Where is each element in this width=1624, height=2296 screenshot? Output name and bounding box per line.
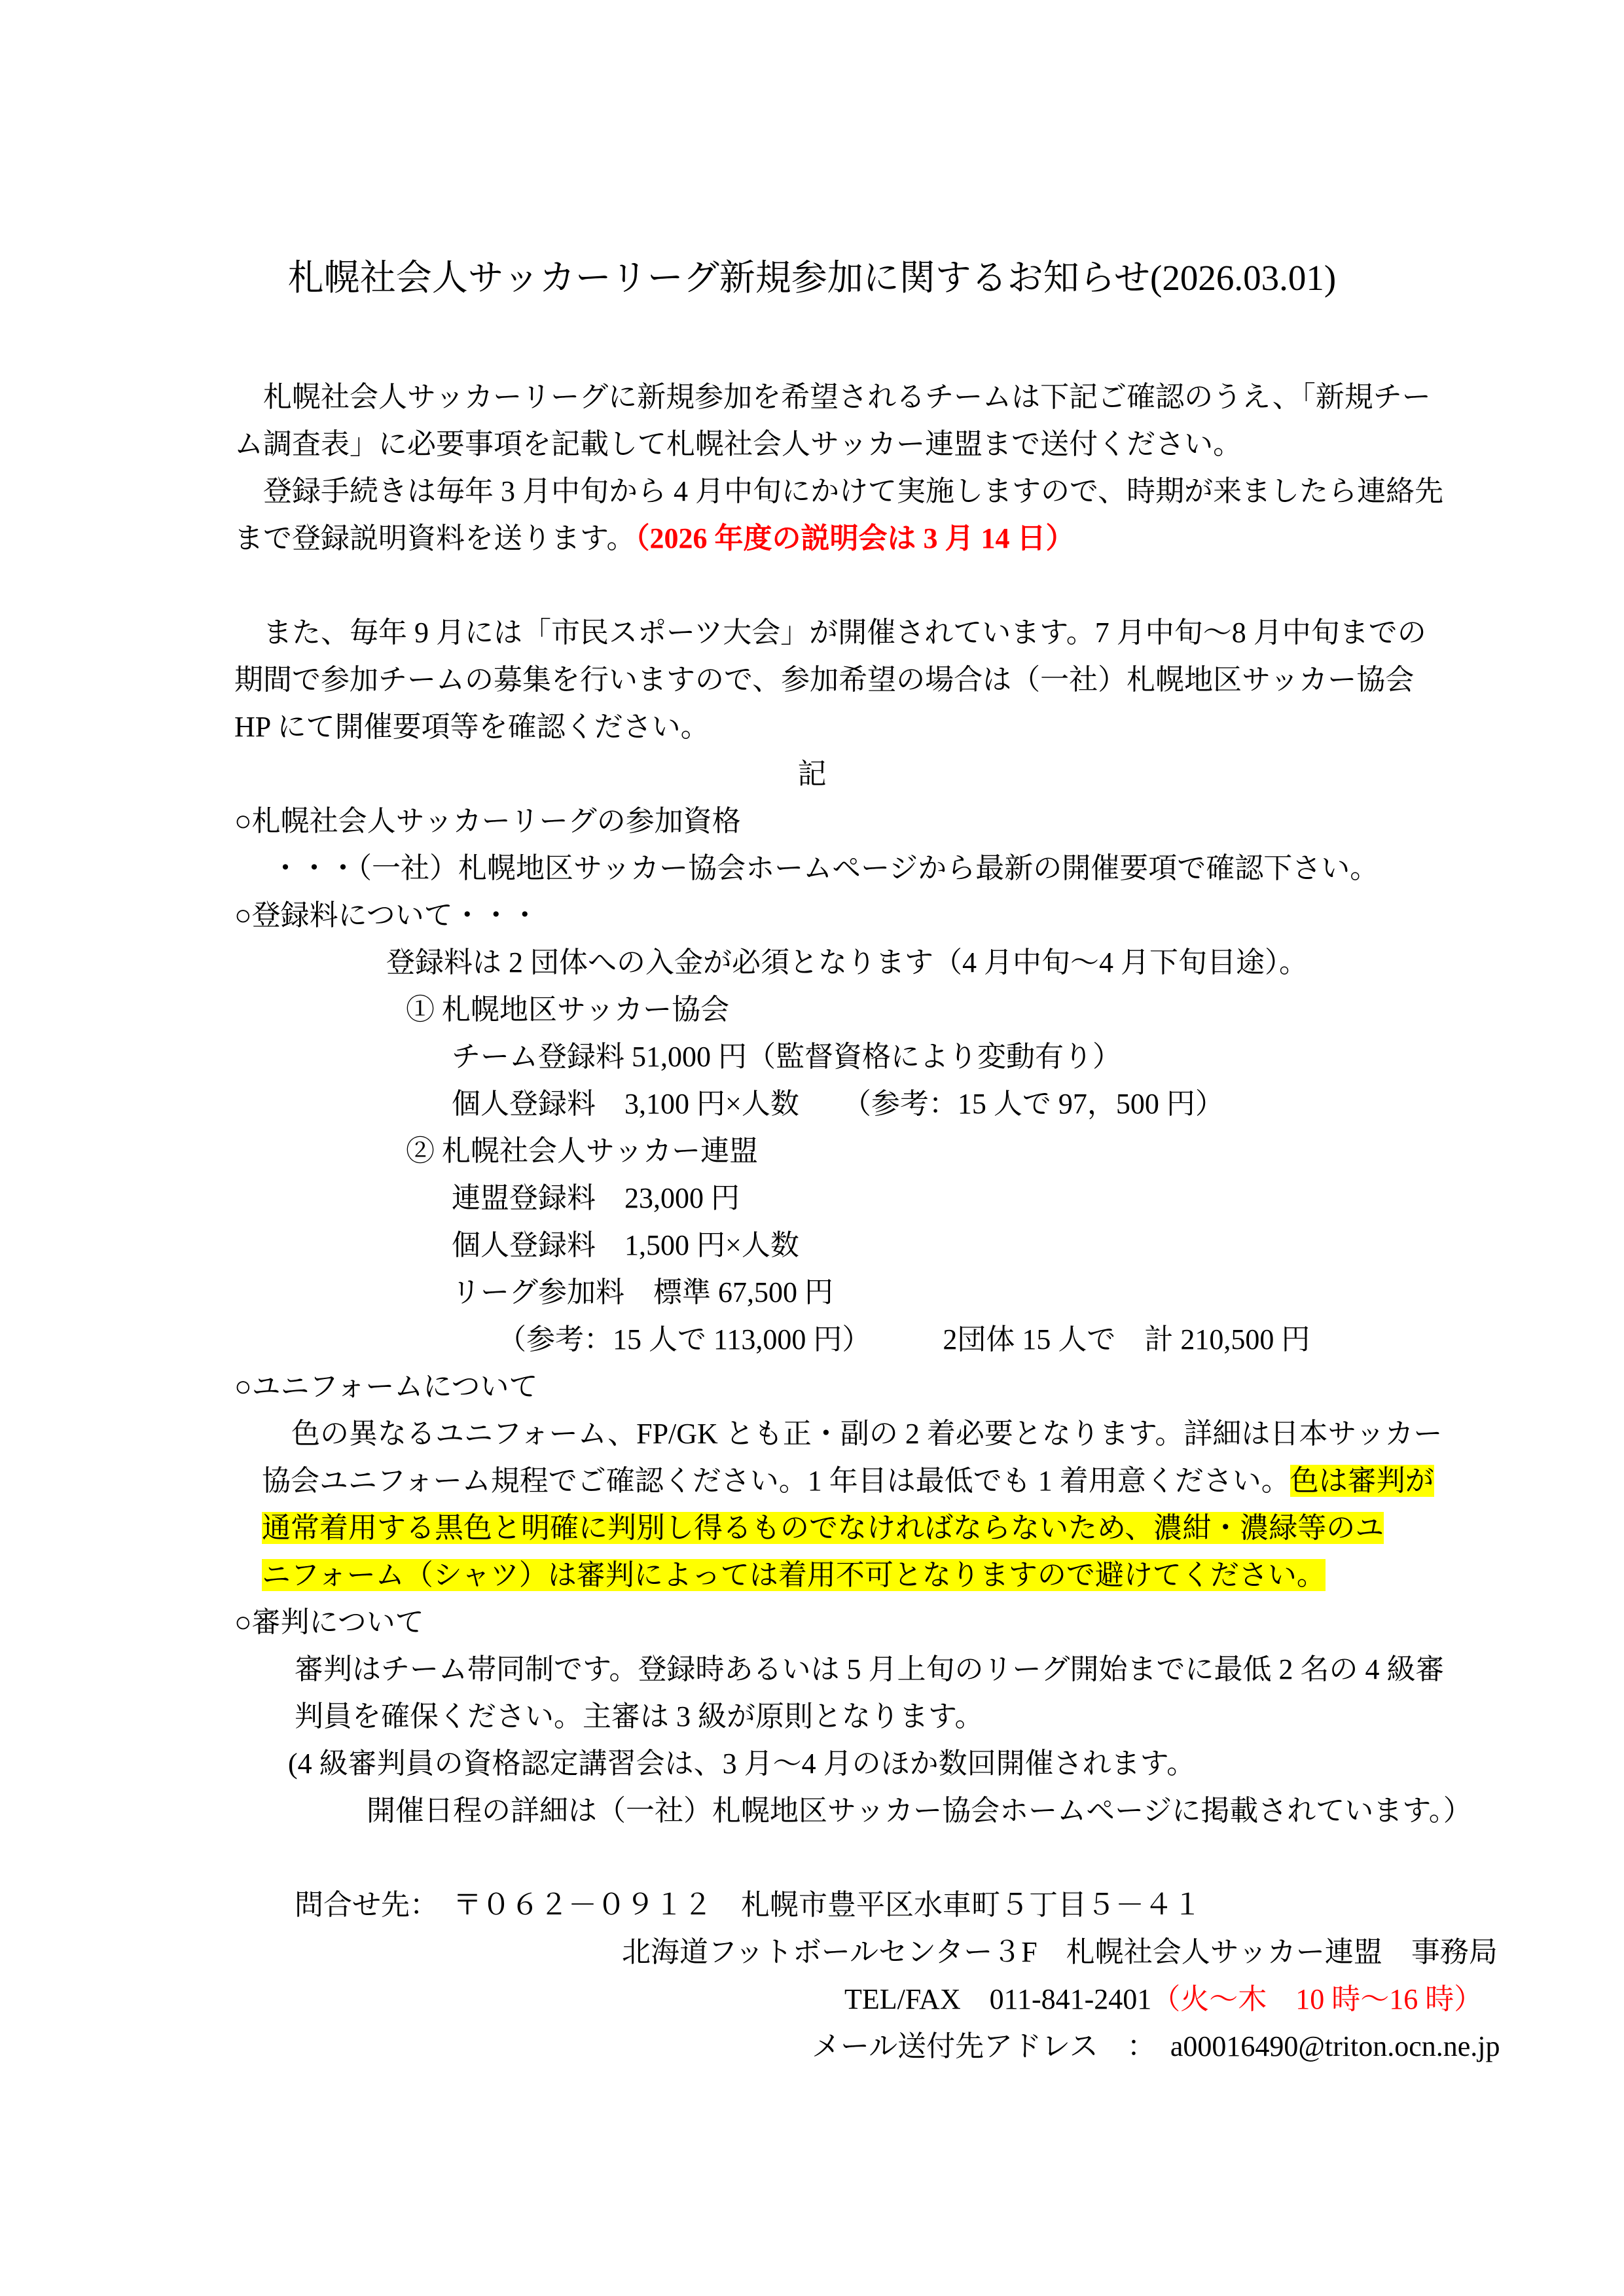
doc-line: (4 級審判員の資格認定講習会は、3 月～4 月のほか数回開催されます。: [0, 1740, 1624, 1787]
text-segment: ○ユニフォームについて: [234, 1371, 538, 1403]
doc-line: 札幌社会人サッカーリーグに新規参加を希望されるチームは下記ご確認のうえ、「新規チ…: [0, 374, 1624, 421]
email-address: a00016490@triton.ocn.ne.jp: [1170, 2030, 1500, 2062]
red-notice: （火～木 10 時～16 時）: [1151, 1983, 1483, 2015]
doc-line: 開催日程の詳細は（一社）札幌地区サッカー協会ホームページに掲載されています。）: [0, 1787, 1624, 1835]
doc-line: ム調査表」に必要事項を記載して札幌社会人サッカー連盟まで送付ください。: [0, 421, 1624, 468]
document-page: 札幌社会人サッカーリーグ新規参加に関するお知らせ(2026.03.01) 札幌社…: [0, 0, 1624, 2296]
doc-line: 期間で参加チームの募集を行いますので、参加希望の場合は（一社）札幌地区サッカー協…: [0, 656, 1624, 704]
text-segment: （参考：15 人で 113,000 円） 2団体 15 人で 計 210,500…: [497, 1323, 1310, 1355]
text-segment: 協会ユニフォーム規程でご確認ください。1 年目は最低でも 1 着用意ください。: [262, 1465, 1290, 1497]
text-segment: ○札幌社会人サッカーリーグの参加資格: [234, 805, 741, 837]
text-segment: 個人登録料 1,500 円×人数: [452, 1229, 799, 1261]
doc-line: 個人登録料 1,500 円×人数: [0, 1222, 1624, 1269]
text-segment: TEL/FAX 011-841-2401: [844, 1983, 1151, 2015]
doc-line: 審判はチーム帯同制です。登録時あるいは 5 月上旬のリーグ開始までに最低 2 名…: [0, 1646, 1624, 1693]
text-segment: 登録手続きは毎年 3 月中旬から 4 月中旬にかけて実施しますので、時期が来まし…: [263, 475, 1443, 507]
text-segment: 問合せ先： 〒０６２－０９１２ 札幌市豊平区水車町５丁目５－４１: [295, 1889, 1202, 1921]
text-segment: 札幌社会人サッカーリーグに新規参加を希望されるチームは下記ご確認のうえ、「新規チ…: [263, 381, 1431, 413]
text-segment: ○審判について: [234, 1606, 424, 1638]
text-segment: ム調査表」に必要事項を記載して札幌社会人サッカー連盟まで送付ください。: [234, 428, 1242, 460]
doc-line: ○札幌社会人サッカーリーグの参加資格: [0, 798, 1624, 845]
text-segment: まで登録説明資料を送ります。: [234, 522, 635, 554]
doc-line: ① 札幌地区サッカー協会: [0, 986, 1624, 1033]
doc-line: リーグ参加料 標準 67,500 円: [0, 1269, 1624, 1316]
text-segment: 連盟登録料 23,000 円: [452, 1182, 740, 1214]
doc-line: [0, 1835, 1624, 1882]
text-segment: 個人登録料 3,100 円×人数 （参考：15 人で 97，500 円）: [452, 1088, 1224, 1120]
doc-line: （参考：15 人で 113,000 円） 2団体 15 人で 計 210,500…: [0, 1316, 1624, 1363]
doc-line: また、毎年 9 月には「市民スポーツ大会」が開催されています。7 月中旬～8 月…: [0, 609, 1624, 656]
doc-line: 個人登録料 3,100 円×人数 （参考：15 人で 97，500 円）: [0, 1081, 1624, 1128]
text-segment: 審判はチーム帯同制です。登録時あるいは 5 月上旬のリーグ開始までに最低 2 名…: [295, 1653, 1444, 1685]
doc-line: 通常着用する黒色と明確に判別し得るものでなければならないため、濃紺・濃緑等のユ: [0, 1505, 1624, 1552]
doc-line: 問合せ先： 〒０６２－０９１２ 札幌市豊平区水車町５丁目５－４１: [0, 1882, 1624, 1929]
text-segment: 開催日程の詳細は（一社）札幌地区サッカー協会ホームページに掲載されています。）: [367, 1795, 1472, 1827]
doc-line: 判員を確保ください。主審は 3 級が原則となります。: [0, 1693, 1624, 1740]
text-segment: 色の異なるユニフォーム、FP/GK とも正・副の 2 着必要となります。詳細は日…: [291, 1418, 1442, 1450]
doc-line: 連盟登録料 23,000 円: [0, 1175, 1624, 1222]
text-segment: 北海道フットボールセンター３F 札幌社会人サッカー連盟 事務局: [622, 1936, 1498, 1968]
doc-line: [0, 562, 1624, 609]
highlighted-text: ニフォーム（シャツ）は審判によっては着用不可となりますので避けてください。: [262, 1559, 1326, 1591]
doc-line: まで登録説明資料を送ります。（2026 年度の説明会は 3 月 14 日）: [0, 515, 1624, 562]
document-body: 札幌社会人サッカーリーグに新規参加を希望されるチームは下記ご確認のうえ、「新規チ…: [0, 374, 1624, 2070]
doc-line: 登録手続きは毎年 3 月中旬から 4 月中旬にかけて実施しますので、時期が来まし…: [0, 468, 1624, 515]
text-segment: 登録料は 2 団体への入金が必須となります（4 月中旬～4 月下旬目途）。: [386, 946, 1308, 978]
doc-line: ニフォーム（シャツ）は審判によっては着用不可となりますので避けてください。: [0, 1552, 1624, 1599]
text-segment: ② 札幌社会人サッカー連盟: [406, 1135, 758, 1167]
doc-line: ・・・（一社）札幌地区サッカー協会ホームページから最新の開催要項で確認下さい。: [0, 845, 1624, 892]
doc-line: 協会ユニフォーム規程でご確認ください。1 年目は最低でも 1 着用意ください。色…: [0, 1458, 1624, 1505]
red-bold-notice: （2026 年度の説明会は 3 月 14 日）: [635, 522, 1074, 554]
doc-line: ② 札幌社会人サッカー連盟: [0, 1128, 1624, 1175]
doc-line: メール送付先アドレス ： a00016490@triton.ocn.ne.jp: [0, 2023, 1624, 2070]
text-segment: HP にて開催要項等を確認ください。: [234, 711, 710, 743]
text-segment: ・・・（一社）札幌地区サッカー協会ホームページから最新の開催要項で確認下さい。: [271, 852, 1379, 884]
text-segment: 判員を確保ください。主審は 3 級が原則となります。: [295, 1700, 983, 1732]
text-segment: リーグ参加料 標準 67,500 円: [452, 1276, 833, 1308]
document-title: 札幌社会人サッカーリーグ新規参加に関するお知らせ(2026.03.01): [0, 257, 1624, 300]
text-segment: (4 級審判員の資格認定講習会は、3 月～4 月のほか数回開催されます。: [288, 1748, 1195, 1780]
doc-line: ○登録料について・・・: [0, 892, 1624, 939]
doc-line: 登録料は 2 団体への入金が必須となります（4 月中旬～4 月下旬目途）。: [0, 939, 1624, 986]
doc-line: 色の異なるユニフォーム、FP/GK とも正・副の 2 着必要となります。詳細は日…: [0, 1410, 1624, 1458]
doc-line: ○ユニフォームについて: [0, 1363, 1624, 1410]
doc-line: チーム登録料 51,000 円（監督資格により変動有り）: [0, 1033, 1624, 1081]
doc-line: HP にて開催要項等を確認ください。: [0, 704, 1624, 751]
doc-line: TEL/FAX 011-841-2401（火～木 10 時～16 時）: [0, 1976, 1624, 2023]
highlighted-text: 色は審判が: [1290, 1465, 1434, 1497]
text-segment: ○登録料について・・・: [234, 899, 539, 931]
text-segment: ① 札幌地区サッカー協会: [406, 994, 729, 1026]
doc-line: ○審判について: [0, 1599, 1624, 1646]
doc-line: 北海道フットボールセンター３F 札幌社会人サッカー連盟 事務局: [0, 1929, 1624, 1976]
text-segment: また、毎年 9 月には「市民スポーツ大会」が開催されています。7 月中旬～8 月…: [263, 617, 1426, 649]
text-segment: チーム登録料 51,000 円（監督資格により変動有り）: [452, 1041, 1121, 1073]
highlighted-text: 通常着用する黒色と明確に判別し得るものでなければならないため、濃紺・濃緑等のユ: [262, 1512, 1384, 1544]
text-segment: 記: [798, 758, 827, 790]
doc-line: 記: [0, 751, 1624, 798]
text-segment: 期間で参加チームの募集を行いますので、参加希望の場合は（一社）札幌地区サッカー協…: [234, 664, 1414, 696]
text-segment: メール送付先アドレス ：: [812, 2030, 1170, 2062]
